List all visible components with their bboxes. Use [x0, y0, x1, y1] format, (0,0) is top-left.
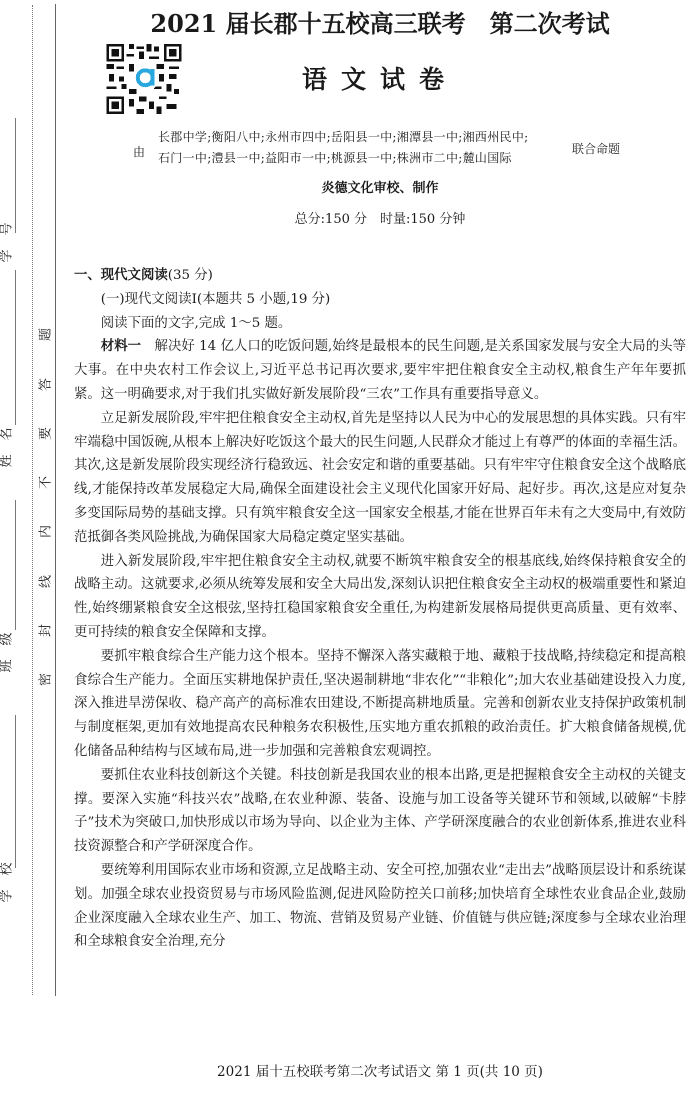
- seal-char: 封: [35, 623, 54, 639]
- binding-border-line: [55, 4, 56, 996]
- exam-meta: 总分:150 分 时量:150 分钟: [80, 208, 680, 227]
- paragraph: 材料一解决好 14 亿人口的吃饭问题,始终是最根本的民生问题,是关系国家发展与安…: [74, 335, 686, 406]
- qr-code-icon[interactable]: [106, 44, 182, 114]
- seal-char: 题: [35, 327, 54, 343]
- field-label-class: 班级: [0, 655, 16, 673]
- field-label-school: 学校: [0, 885, 16, 903]
- schools-line-2: 石门一中;澧县一中;益阳市一中;桃源县一中;株洲市二中;麓山国际: [158, 148, 528, 169]
- material-label: 材料一: [101, 339, 141, 354]
- fill-line-class: [15, 500, 16, 630]
- seal-line-dotted: [32, 5, 33, 995]
- seal-char: 密: [35, 672, 54, 688]
- joint-proposition-label: 联合命题: [572, 140, 620, 157]
- subsection-heading: (一)现代文阅读Ⅰ(本题共 5 小题,19 分): [74, 288, 686, 312]
- seal-char: 内: [35, 524, 54, 540]
- section-points: (35 分): [168, 268, 213, 283]
- seal-char: 要: [35, 426, 54, 442]
- fill-line-student-id: [15, 118, 16, 233]
- fill-line-name: [15, 270, 16, 425]
- fill-line-school: [15, 715, 16, 868]
- section-heading: 一、现代文阅读(35 分): [74, 264, 686, 288]
- paragraph: 要统筹利用国际农业市场和资源,立足战略主动、安全可控,加强农业“走出去”战略顶层…: [74, 859, 686, 954]
- field-label-name: 姓名: [0, 450, 16, 468]
- page-footer: 2021 届十五校联考第二次考试语文 第 1 页(共 10 页): [80, 1060, 680, 1080]
- seal-char: 答: [35, 377, 54, 393]
- exam-title: 2021 届长郡十五校高三联考 第二次考试: [80, 4, 680, 39]
- seal-char: 线: [35, 574, 54, 590]
- seal-char: 不: [35, 475, 54, 491]
- paragraph: 立足新发展阶段,牢牢把住粮食安全主动权,首先是坚持以人民为中心的发展思想的具体实…: [74, 407, 686, 550]
- reading-section: 一、现代文阅读(35 分) (一)现代文阅读Ⅰ(本题共 5 小题,19 分) 阅…: [74, 264, 686, 954]
- instruction: 阅读下面的文字,完成 1～5 题。: [74, 312, 686, 336]
- schools-line-1: 长郡中学;衡阳八中;永州市四中;岳阳县一中;湘潭县一中;湘西州民中;: [158, 127, 528, 148]
- participating-schools: 长郡中学;衡阳八中;永州市四中;岳阳县一中;湘潭县一中;湘西州民中; 石门一中;…: [158, 127, 528, 169]
- field-label-student-id: 学号: [0, 245, 16, 263]
- section-title: 一、现代文阅读: [74, 268, 168, 283]
- by-label: 由: [133, 143, 145, 160]
- subject-title: 语文试卷: [280, 60, 480, 96]
- maker-credit: 炎德文化审校、制作: [80, 177, 680, 196]
- paragraph: 要抓住农业科技创新这个关键。科技创新是我国农业的根本出路,更是把握粮食安全主动权…: [74, 764, 686, 859]
- paragraph: 要抓牢粮食综合生产能力这个根本。坚持不懈深入落实藏粮于地、藏粮于技战略,持续稳定…: [74, 645, 686, 764]
- paragraph: 进入新发展阶段,牢牢把住粮食安全主动权,就要不断筑牢粮食安全的根基底线,始终保持…: [74, 550, 686, 645]
